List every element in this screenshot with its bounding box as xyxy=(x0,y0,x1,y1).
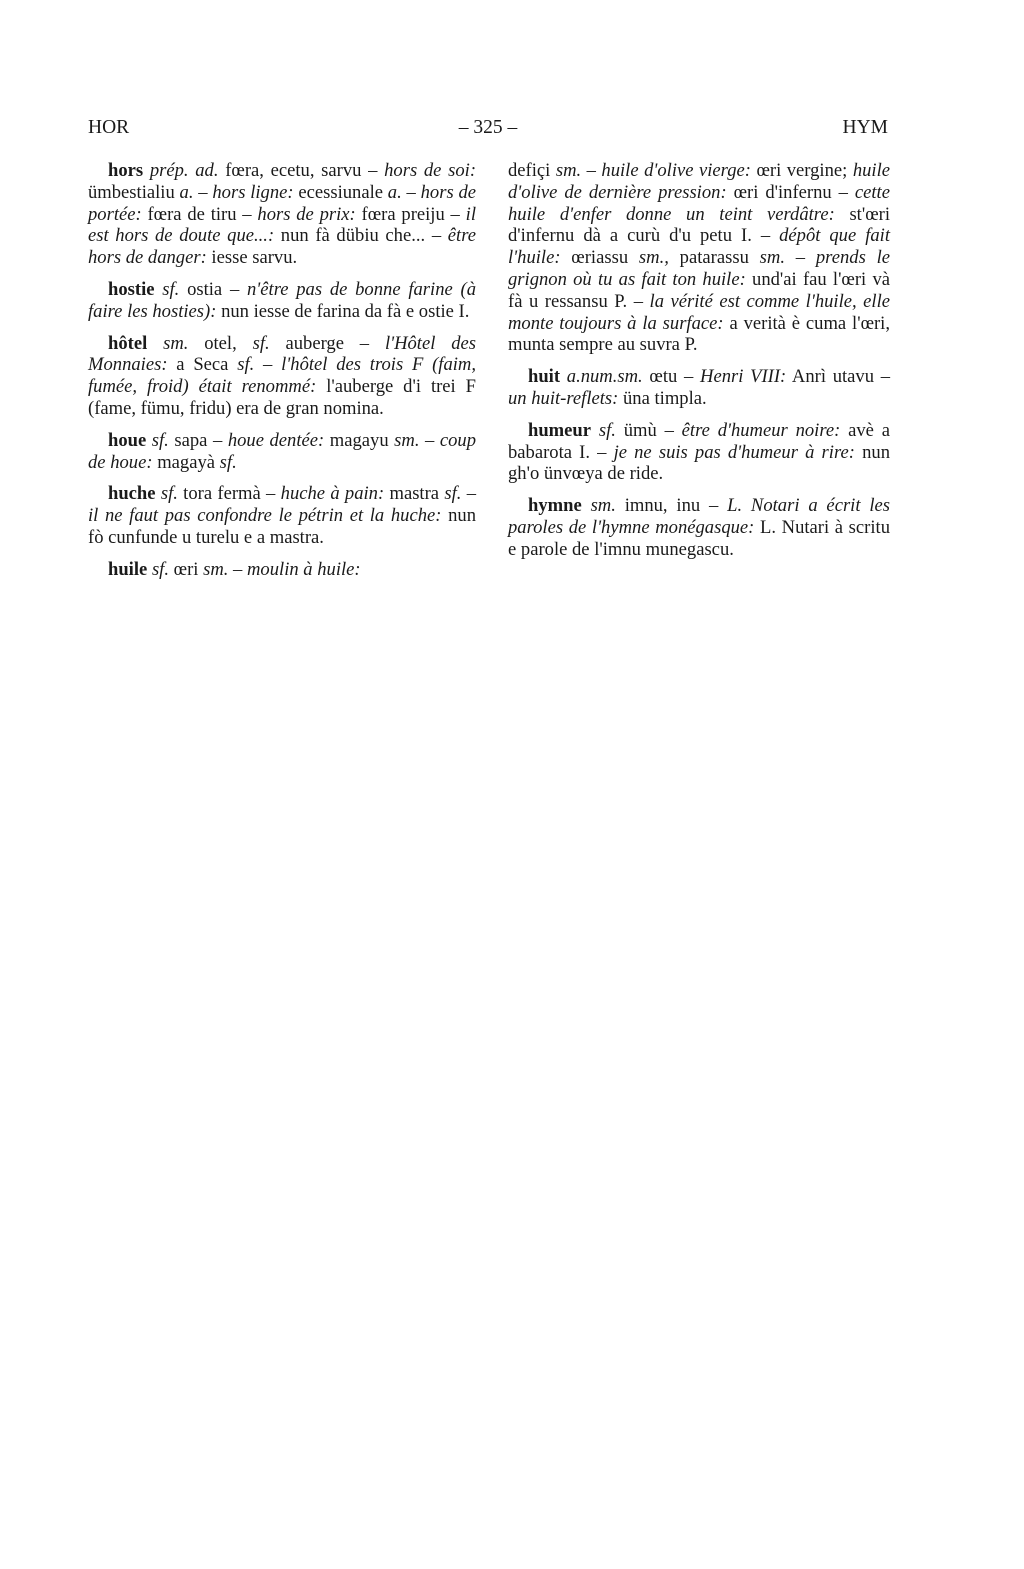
french-phrase: moulin à huile: xyxy=(247,559,361,580)
translation xyxy=(143,160,150,181)
headword: hymne xyxy=(528,495,582,516)
entry-houe: houe sf. sapa – houe dentée: magayu sm. … xyxy=(88,430,476,474)
translation: fœra, ecetu, sarvu – xyxy=(219,160,385,181)
headword: huile xyxy=(108,559,147,580)
page-number: – 325 – xyxy=(88,117,888,139)
entry-huile: huile sf. œri sm. – moulin à huile: xyxy=(88,559,476,581)
french-phrase: hors ligne: xyxy=(212,182,293,203)
translation: – xyxy=(254,354,281,375)
french-phrase: prép. ad. xyxy=(150,160,219,181)
french-phrase: sm. xyxy=(556,160,581,181)
translation: üna timpla. xyxy=(618,388,706,409)
translation xyxy=(560,366,567,387)
french-phrase: sf. xyxy=(161,483,178,504)
translation: – xyxy=(402,182,421,203)
translation: – xyxy=(785,247,816,268)
translation: œriassu xyxy=(561,247,639,268)
translation: œri vergine; xyxy=(751,160,853,181)
header-right-guide-word: HYM xyxy=(842,117,888,139)
french-phrase: sf. xyxy=(253,333,270,354)
right-column: defiçi sm. – huile d'olive vierge: œri v… xyxy=(508,160,890,571)
french-phrase: a.num.sm. xyxy=(567,366,643,387)
french-phrase: houe dentée: xyxy=(228,430,324,451)
translation: œri d'infernu – xyxy=(727,182,855,203)
translation: auberge – xyxy=(270,333,385,354)
french-phrase: sf. xyxy=(162,279,179,300)
translation: fœra de tiru – xyxy=(142,204,258,225)
translation xyxy=(582,495,591,516)
translation: iesse sarvu. xyxy=(207,247,297,268)
translation: – xyxy=(581,160,601,181)
headword: houe xyxy=(108,430,146,451)
translation: nun fà dübiu che... – xyxy=(274,225,448,246)
translation: fœra preiju – xyxy=(356,204,466,225)
translation: – xyxy=(461,483,476,504)
french-phrase: sm. xyxy=(203,559,228,580)
translation: mastra xyxy=(384,483,444,504)
translation: ostia – xyxy=(179,279,247,300)
french-phrase: il ne faut pas confondre le pétrin et la… xyxy=(88,505,441,526)
translation: œri xyxy=(169,559,203,580)
entry-continuation: defiçi sm. – huile d'olive vierge: œri v… xyxy=(508,160,890,356)
translation: Anrì utavu – xyxy=(786,366,890,387)
headword: huit xyxy=(528,366,560,387)
translation: tora fermà – xyxy=(178,483,281,504)
translation: nun iesse de farina da fà e ostie I. xyxy=(216,301,469,322)
translation: otel, xyxy=(188,333,252,354)
entry-huche: huche sf. tora fermà – huche à pain: mas… xyxy=(88,483,476,548)
translation: patarassu xyxy=(669,247,760,268)
french-phrase: sf. xyxy=(152,559,169,580)
headword: hôtel xyxy=(108,333,147,354)
entry-hors: hors prép. ad. fœra, ecetu, sarvu – hors… xyxy=(88,160,476,269)
headword: huche xyxy=(108,483,156,504)
translation: ümbestialiu xyxy=(88,182,180,203)
french-phrase: sf. xyxy=(220,452,237,473)
page-header: HOR – 325 – HYM xyxy=(88,117,888,143)
french-phrase: sm. xyxy=(394,430,419,451)
french-phrase: sf. xyxy=(237,354,254,375)
translation: a Seca xyxy=(168,354,238,375)
headword: hors xyxy=(108,160,143,181)
left-column: hors prép. ad. fœra, ecetu, sarvu – hors… xyxy=(88,160,476,591)
french-phrase: être d'humeur noi­re: xyxy=(682,420,841,441)
french-phrase: hors de prix: xyxy=(257,204,355,225)
french-phrase: a. xyxy=(180,182,194,203)
french-phrase: a. xyxy=(388,182,402,203)
french-phrase: huile d'olive vierge: xyxy=(601,160,751,181)
french-phrase: sf. xyxy=(152,430,169,451)
french-phrase: sm. xyxy=(760,247,785,268)
french-phrase: Henri VIII: xyxy=(700,366,786,387)
headword: humeur xyxy=(528,420,591,441)
french-phrase: huche à pain: xyxy=(281,483,385,504)
translation: ecessiunale xyxy=(294,182,388,203)
translation xyxy=(147,333,163,354)
entry-hôtel: hôtel sm. otel, sf. auberge – l'Hôtel de… xyxy=(88,333,476,420)
translation: œtu – xyxy=(643,366,700,387)
entry-hostie: hostie sf. ostia – n'être pas de bonne f… xyxy=(88,279,476,323)
french-phrase: sm., xyxy=(639,247,669,268)
french-phrase: sf. xyxy=(444,483,461,504)
french-phrase: je ne suis pas d'humeur à rire: xyxy=(614,442,855,463)
french-phrase: sm. xyxy=(163,333,188,354)
entry-hymne: hymne sm. imnu, inu – L. Notari a écrit … xyxy=(508,495,890,560)
translation: – xyxy=(419,430,439,451)
translation: defiçi xyxy=(508,160,556,181)
translation: imnu, inu – xyxy=(616,495,727,516)
entry-humeur: humeur sf. ümù – être d'humeur noi­re: a… xyxy=(508,420,890,485)
french-phrase: hors de soi: xyxy=(384,160,476,181)
french-phrase: sf. xyxy=(599,420,616,441)
translation: magayu xyxy=(324,430,394,451)
headword: hostie xyxy=(108,279,154,300)
entry-huit: huit a.num.sm. œtu – Henri VIII: Anrì ut… xyxy=(508,366,890,410)
translation: magayà xyxy=(153,452,220,473)
french-phrase: un huit-reflets: xyxy=(508,388,618,409)
french-phrase: sm. xyxy=(591,495,616,516)
translation: ümù – xyxy=(616,420,682,441)
translation: – xyxy=(194,182,213,203)
translation: sapa – xyxy=(169,430,228,451)
translation xyxy=(591,420,599,441)
translation: – xyxy=(228,559,247,580)
